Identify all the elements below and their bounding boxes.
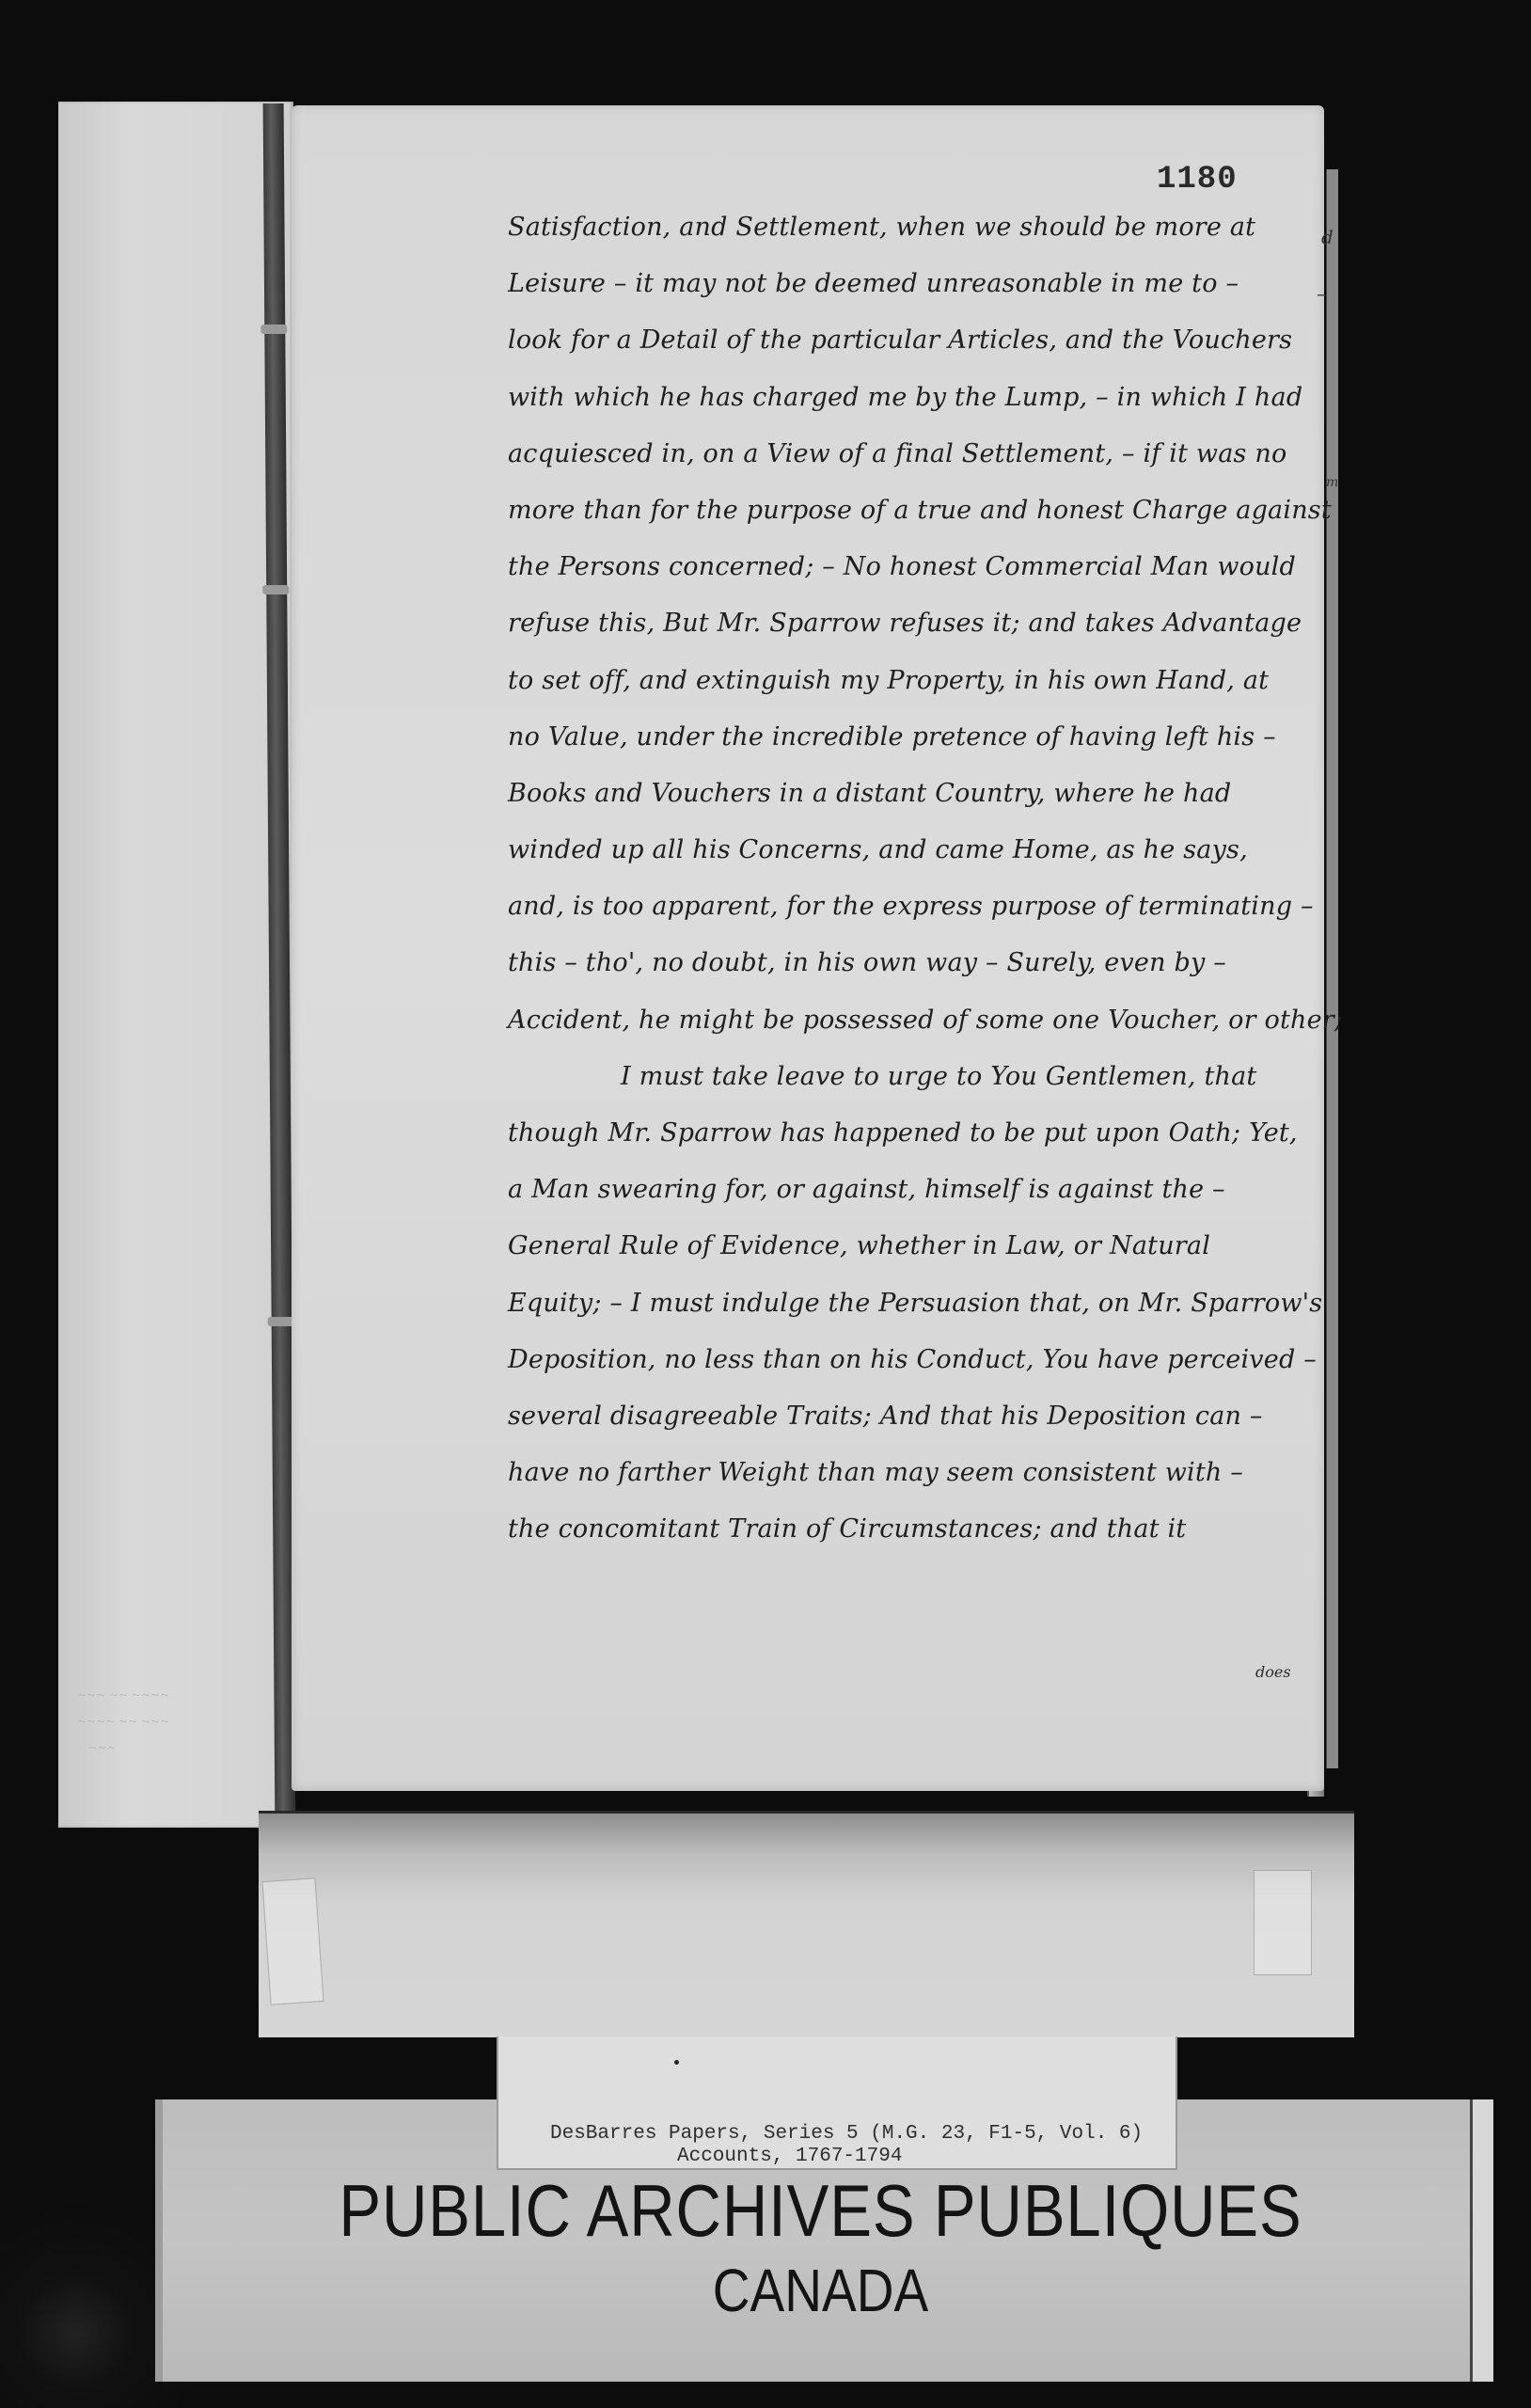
repair-tape bbox=[1254, 1870, 1312, 1975]
binding-thread bbox=[268, 1317, 294, 1326]
ink-dot bbox=[674, 2060, 679, 2065]
manuscript-line: no Value, under the incredible pretence … bbox=[508, 709, 1317, 766]
manuscript-text: Satisfaction, and Settlement, when we sh… bbox=[508, 199, 1317, 1559]
manuscript-line: several disagreeable Traits; And that hi… bbox=[508, 1388, 1317, 1445]
archive-country: CANADA bbox=[248, 2256, 1393, 2325]
margin-mark: m bbox=[1326, 475, 1338, 490]
margin-mark: d bbox=[1321, 226, 1334, 248]
manuscript-line: have no farther Weight than may seem con… bbox=[508, 1445, 1317, 1501]
manuscript-paragraph-start: I must take leave to urge to You Gentlem… bbox=[508, 1049, 1317, 1105]
manuscript-line: Accident, he might be possessed of some … bbox=[508, 992, 1317, 1049]
folio-number: 1180 bbox=[1157, 162, 1238, 198]
manuscript-line: look for a Detail of the particular Arti… bbox=[508, 312, 1317, 369]
binding-thread bbox=[260, 325, 287, 334]
board-edge bbox=[1470, 2099, 1493, 2382]
binding-thread bbox=[262, 585, 289, 594]
catchword: does bbox=[1255, 1663, 1291, 1681]
manuscript-line: with which he has charged me by the Lump… bbox=[508, 370, 1317, 426]
manuscript-line: winded up all his Concerns, and came Hom… bbox=[508, 822, 1317, 879]
collection-subtitle: Accounts, 1767-1794 bbox=[677, 2146, 902, 2167]
manuscript-line: the concomitant Train of Circumstances; … bbox=[508, 1501, 1317, 1558]
reference-card: DesBarres Papers, Series 5 (M.G. 23, F1-… bbox=[497, 2036, 1177, 2170]
manuscript-line: a Man swearing for, or against, himself … bbox=[508, 1162, 1317, 1218]
repair-tape bbox=[261, 1877, 324, 2005]
manuscript-line: Equity; – I must indulge the Persuasion … bbox=[508, 1275, 1317, 1332]
archive-institution-name: PUBLIC ARCHIVES PUBLIQUES bbox=[248, 2168, 1393, 2254]
manuscript-line: to set off, and extinguish my Property, … bbox=[508, 653, 1317, 709]
manuscript-line: this – tho', no doubt, in his own way – … bbox=[508, 935, 1317, 991]
margin-mark: – bbox=[1317, 282, 1326, 305]
manuscript-line: refuse this, But Mr. Sparrow refuses it;… bbox=[508, 595, 1317, 652]
manuscript-line: though Mr. Sparrow has happened to be pu… bbox=[508, 1105, 1317, 1162]
collection-reference: DesBarres Papers, Series 5 (M.G. 23, F1-… bbox=[550, 2123, 1143, 2145]
folded-sheet bbox=[259, 1811, 1354, 2037]
manuscript-line: and, is too apparent, for the express pu… bbox=[508, 879, 1317, 935]
bleed-through-text: ~~~ ~~ ~~~~~~~~ ~~ ~~~ ~~~ bbox=[77, 1682, 246, 1761]
manuscript-line: more than for the purpose of a true and … bbox=[508, 483, 1317, 539]
manuscript-line: General Rule of Evidence, whether in Law… bbox=[508, 1218, 1317, 1275]
page-stack-edge bbox=[1326, 169, 1338, 1768]
manuscript-line: the Persons concerned; – No honest Comme… bbox=[508, 539, 1317, 595]
left-page-verso: ~~~ ~~ ~~~~~~~~ ~~ ~~~ ~~~ bbox=[58, 102, 293, 1828]
manuscript-line: acquiesced in, on a View of a final Sett… bbox=[508, 426, 1317, 483]
manuscript-line: Deposition, no less than on his Conduct,… bbox=[508, 1332, 1317, 1388]
manuscript-line: Leisure – it may not be deemed unreasona… bbox=[508, 256, 1317, 312]
manuscript-line: Books and Vouchers in a distant Country,… bbox=[508, 766, 1317, 822]
manuscript-line: Satisfaction, and Settlement, when we sh… bbox=[508, 199, 1317, 256]
